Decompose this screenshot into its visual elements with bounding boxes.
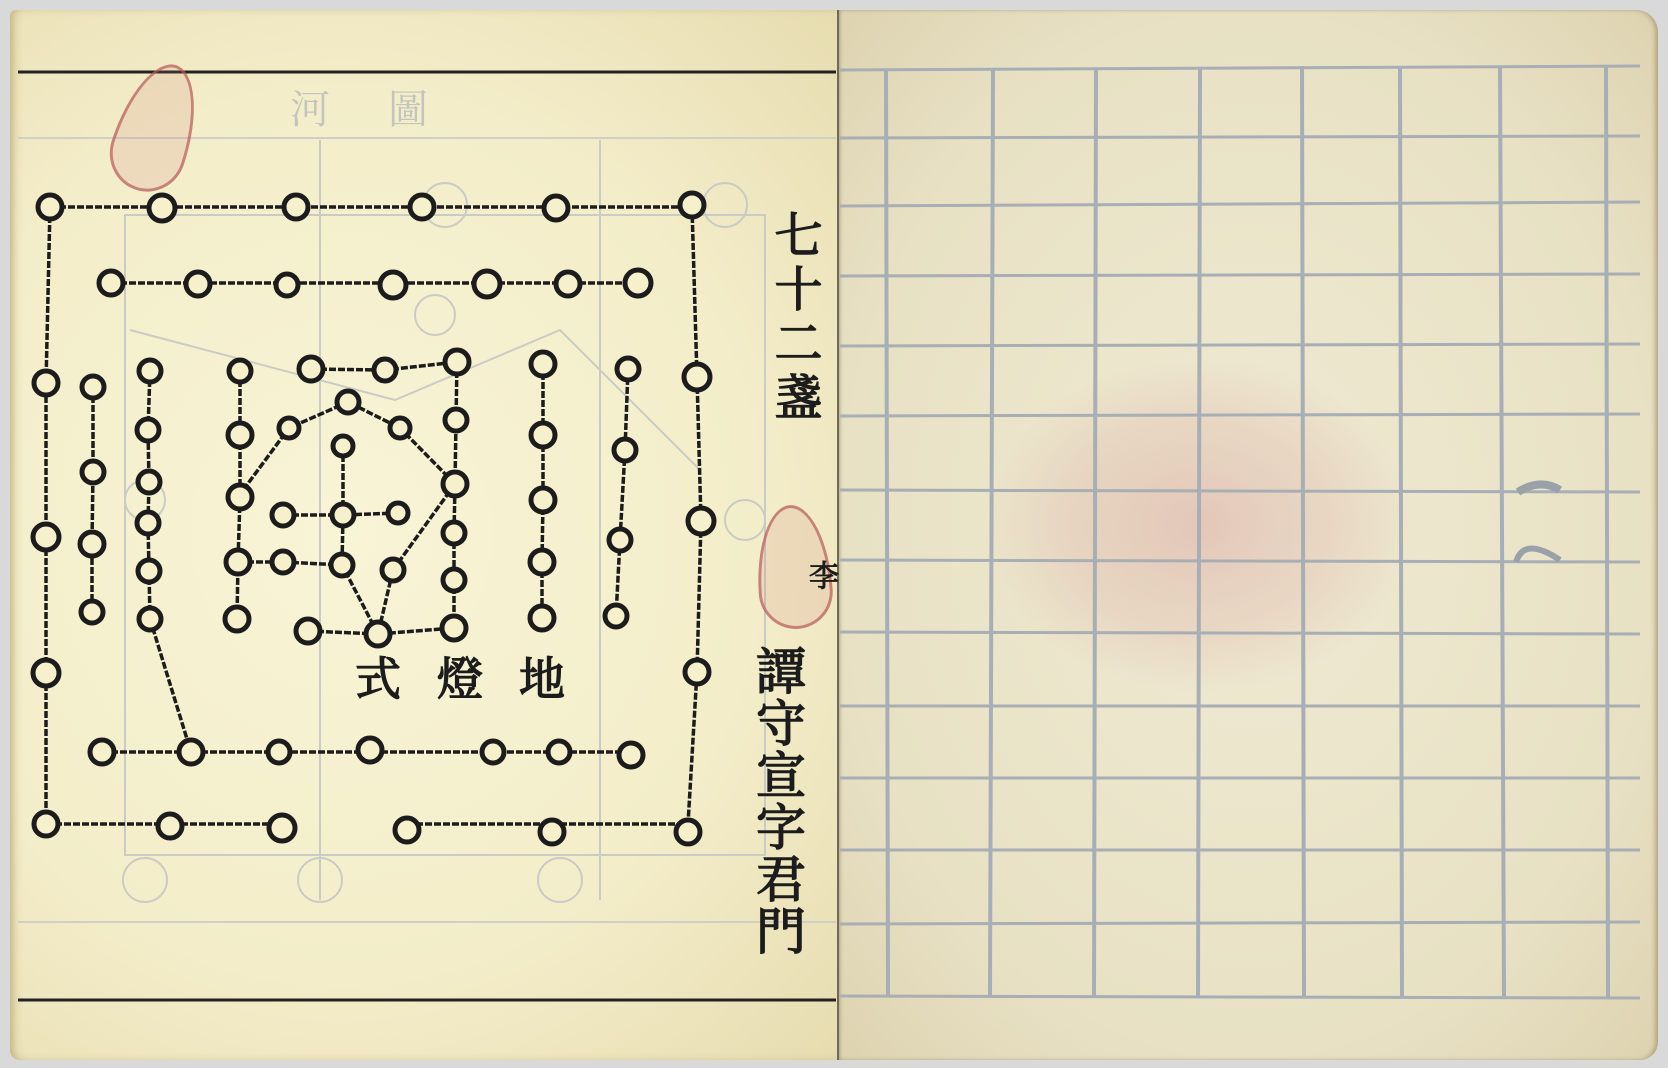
page-artwork xyxy=(0,0,1668,1068)
ink-mark xyxy=(1516,548,1560,562)
grid-lines xyxy=(840,66,1640,998)
bleed-through-diagram xyxy=(123,140,765,902)
author-surname-note: 李 xyxy=(798,560,842,590)
book-spread: 河圖 七十二盞 李 譚守宣字君門 地燈式 xyxy=(0,0,1668,1068)
diagram-caption: 地燈式 xyxy=(355,643,601,709)
bleed-through-header: 河圖 xyxy=(290,78,486,135)
diagram-title-column: 七十二盞 xyxy=(770,210,818,426)
author-name-column: 譚守宣字君門 xyxy=(752,645,802,957)
diagram-caption-text: 地燈式 xyxy=(355,652,601,706)
